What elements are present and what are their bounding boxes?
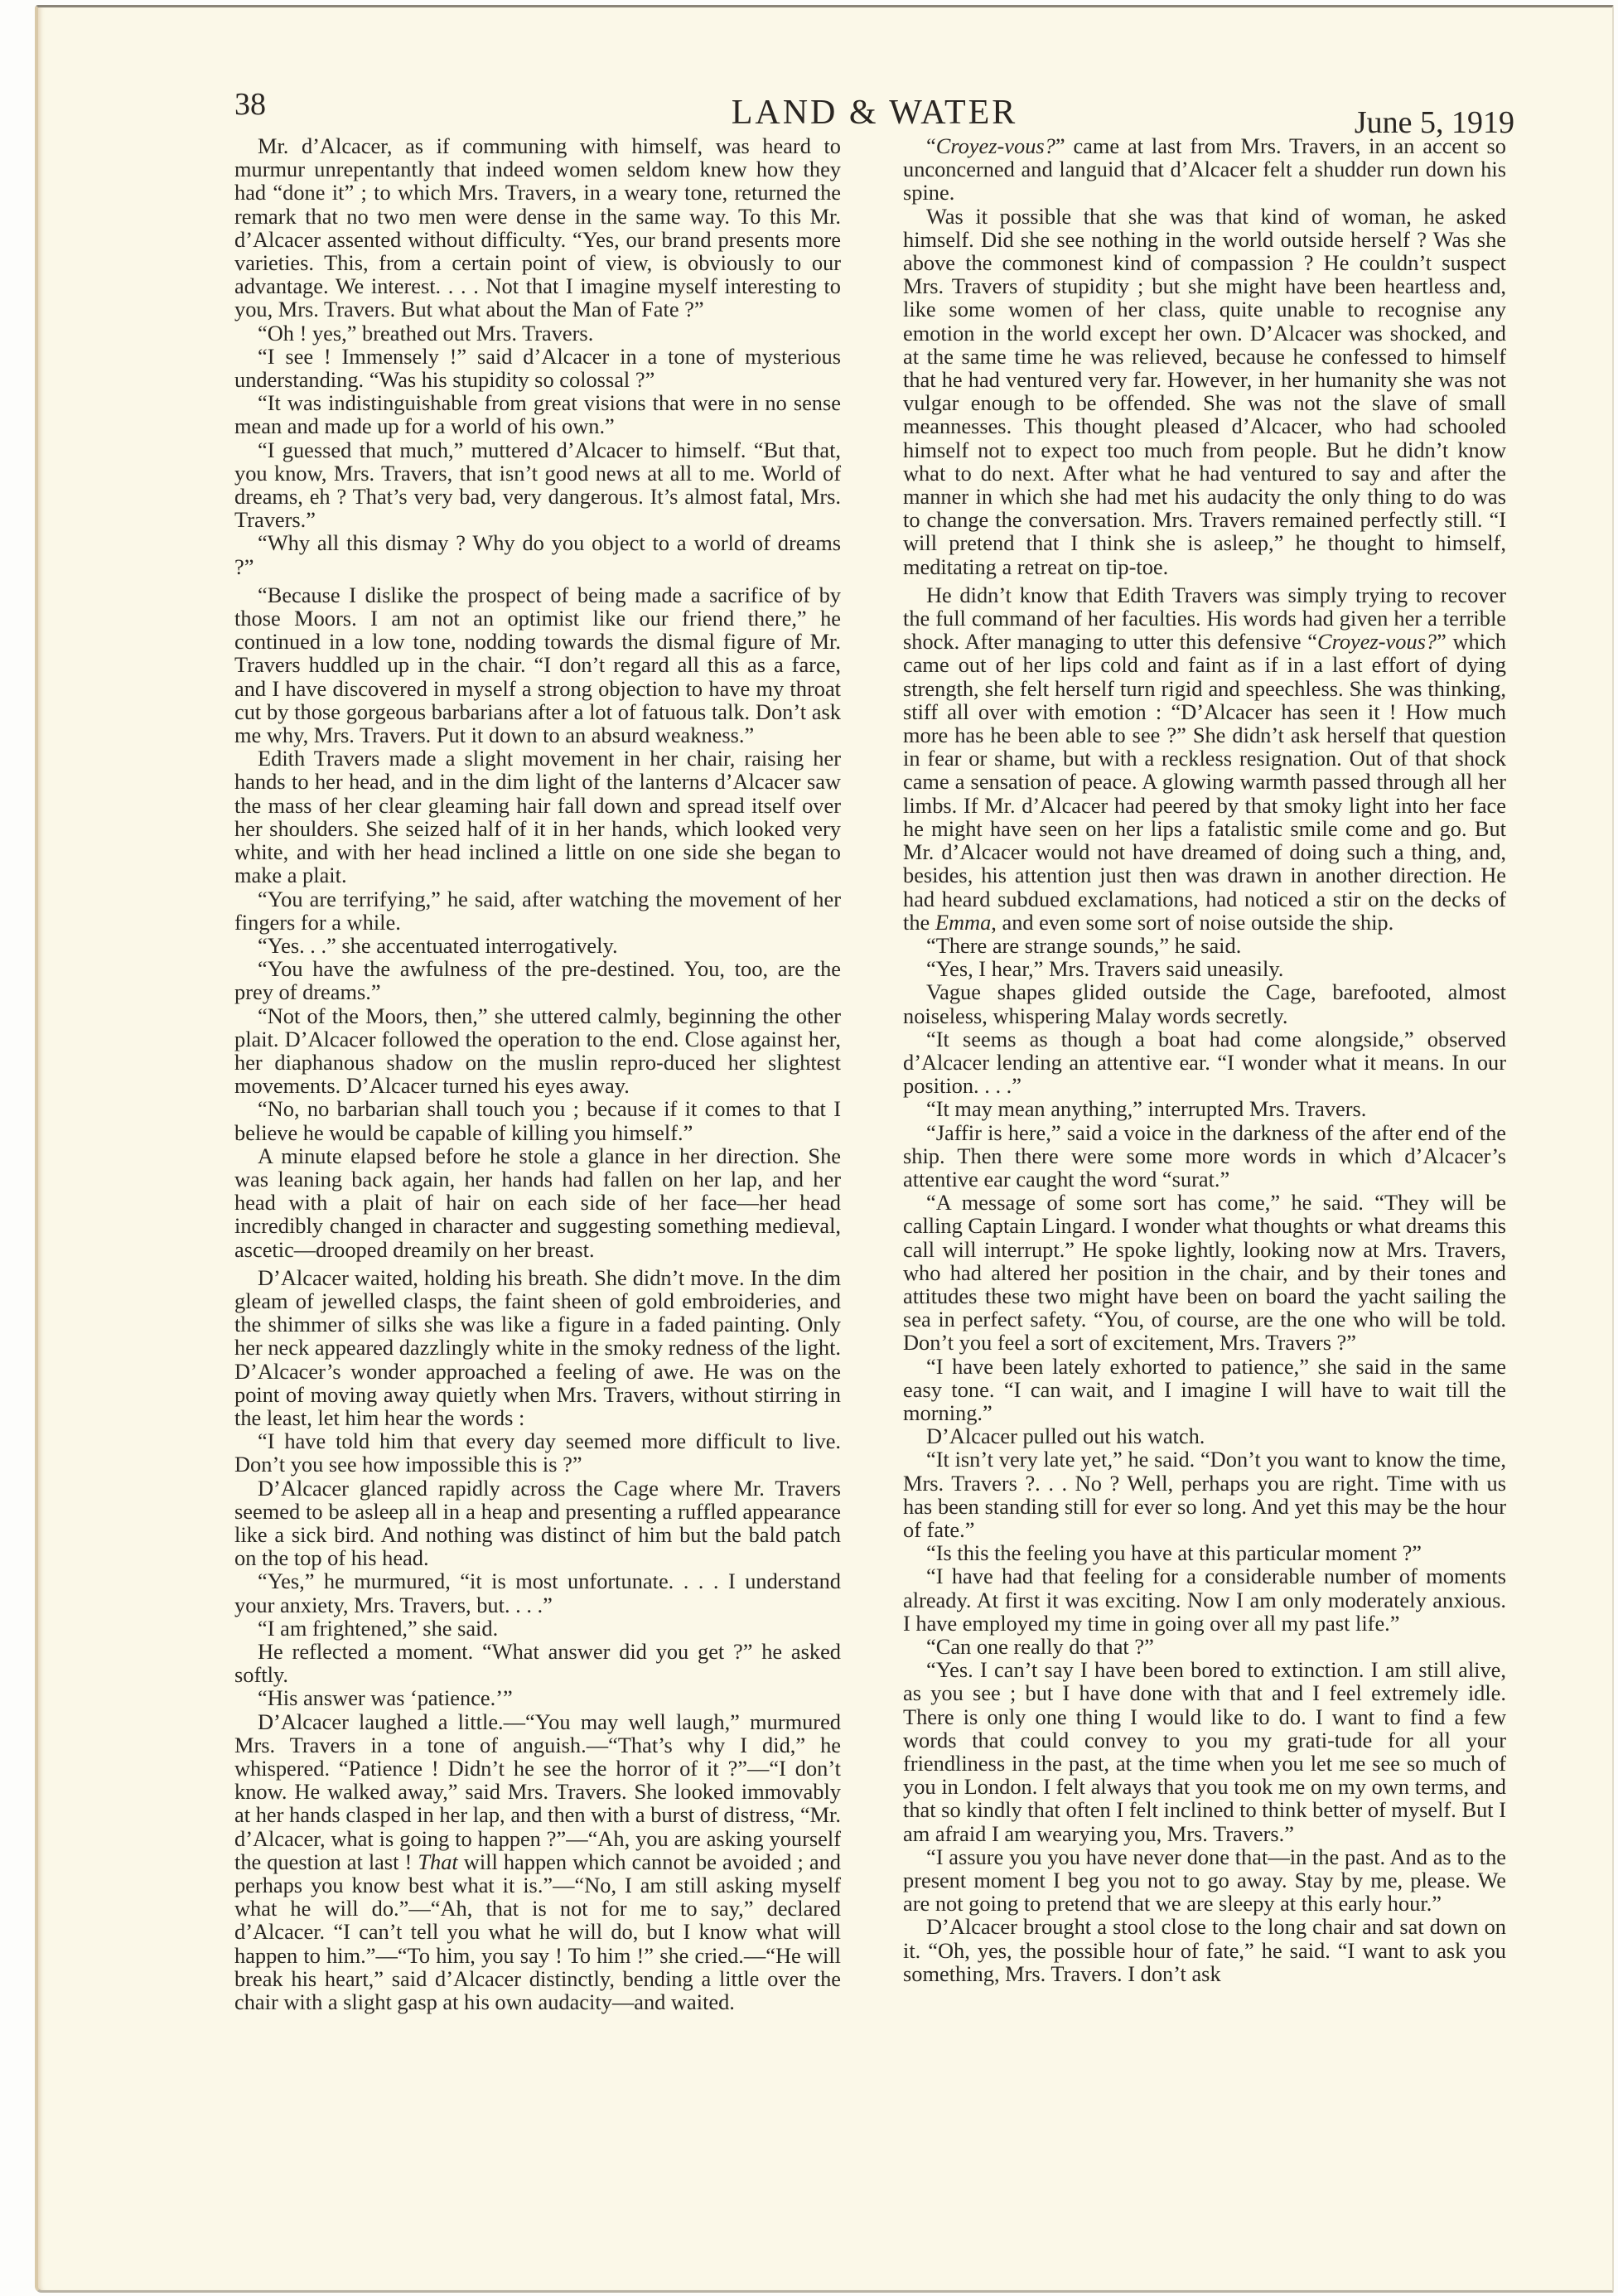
paragraph: “No, no barbarian shall touch you ; beca…	[234, 1097, 841, 1143]
paragraph: “You are terrifying,” he said, after wat…	[234, 887, 841, 934]
paragraph: “A message of some sort has come,” he sa…	[903, 1191, 1506, 1354]
paragraph: D’Alcacer glanced rapidly across the Cag…	[234, 1477, 841, 1570]
paragraph: “I have told him that every day seemed m…	[234, 1429, 841, 1476]
paragraph: “I assure you you have never done that—i…	[903, 1845, 1506, 1916]
text-run: will happen which cannot be avoided ; an…	[234, 1849, 841, 2014]
paragraph: “Yes. I can’t say I have been bored to e…	[903, 1658, 1506, 1845]
paragraph: “Can one really do that ?”	[903, 1635, 1506, 1658]
paragraph: Was it possible that she was that kind o…	[903, 205, 1506, 578]
paragraph: “I am frightened,” she said.	[234, 1617, 841, 1640]
paragraph: He reflected a moment. “What answer did …	[234, 1640, 841, 1686]
paragraph: “I have been lately exhorted to patience…	[903, 1355, 1506, 1425]
italic-ship-name: Emma	[935, 910, 991, 935]
left-column: Mr. d’Alcacer, as if communing with hims…	[234, 134, 841, 2013]
italic-french-phrase: Croyez-vous?	[936, 133, 1055, 158]
paragraph: “You have the awfulness of the pre-desti…	[234, 957, 841, 1003]
paragraph: “Why all this dismay ? Why do you object…	[234, 531, 841, 578]
paragraph: “There are strange sounds,” he said.	[903, 934, 1506, 957]
paragraph: “I have had that feeling for a considera…	[903, 1564, 1506, 1635]
paragraph: Vague shapes glided outside the Cage, ba…	[903, 980, 1506, 1027]
paragraph: D’Alcacer waited, holding his breath. Sh…	[234, 1266, 841, 1429]
paragraph: “Croyez-vous?” came at last from Mrs. Tr…	[903, 134, 1506, 205]
paragraph: He didn’t know that Edith Travers was si…	[903, 583, 1506, 934]
masthead-title: LAND & WATER	[234, 93, 1514, 133]
paragraph: Mr. d’Alcacer, as if communing with hims…	[234, 134, 841, 321]
paragraph: “Jaffir is here,” said a voice in the da…	[903, 1121, 1506, 1192]
paragraph: “It seems as though a boat had come alon…	[903, 1027, 1506, 1098]
text-run: , and even some sort of noise outside th…	[991, 910, 1393, 935]
paragraph: “It isn’t very late yet,” he said. “Don’…	[903, 1448, 1506, 1541]
paragraph: “Not of the Moors, then,” she uttered ca…	[234, 1004, 841, 1098]
page-header: 38 LAND & WATER June 5, 1919	[234, 86, 1514, 136]
text-run: “	[926, 133, 936, 158]
paragraph: “Is this the feeling you have at this pa…	[903, 1541, 1506, 1564]
paragraph: D’Alcacer brought a stool close to the l…	[903, 1915, 1506, 1985]
right-column: “Croyez-vous?” came at last from Mrs. Tr…	[903, 134, 1506, 1985]
paragraph: D’Alcacer pulled out his watch.	[903, 1424, 1506, 1448]
paragraph: A minute elapsed before he stole a glanc…	[234, 1144, 841, 1261]
paragraph: “It may mean anything,” interrupted Mrs.…	[903, 1097, 1506, 1120]
paragraph: “His answer was ‘patience.’”	[234, 1686, 841, 1709]
paragraph: “Yes, I hear,” Mrs. Travers said uneasil…	[903, 957, 1506, 980]
paragraph: D’Alcacer laughed a little.—“You may wel…	[234, 1710, 841, 2014]
italic-french-phrase: Croyez-vous?	[1317, 629, 1437, 654]
paragraph: “It was indistinguishable from great vis…	[234, 391, 841, 437]
paragraph: “Because I dislike the prospect of being…	[234, 583, 841, 747]
italic-emphasis: That	[418, 1849, 457, 1874]
text-run: ” which came out of her lips cold and fa…	[903, 629, 1506, 934]
paragraph: “I guessed that much,” muttered d’Alcace…	[234, 438, 841, 532]
paragraph: “Oh ! yes,” breathed out Mrs. Travers.	[234, 321, 841, 345]
paragraph: “I see ! Immensely !” said d’Alcacer in …	[234, 345, 841, 391]
paragraph: Edith Travers made a slight movement in …	[234, 747, 841, 887]
paragraph: “Yes. . .” she accentuated interrogative…	[234, 934, 841, 957]
paragraph: “Yes,” he murmured, “it is most unfortun…	[234, 1569, 841, 1616]
